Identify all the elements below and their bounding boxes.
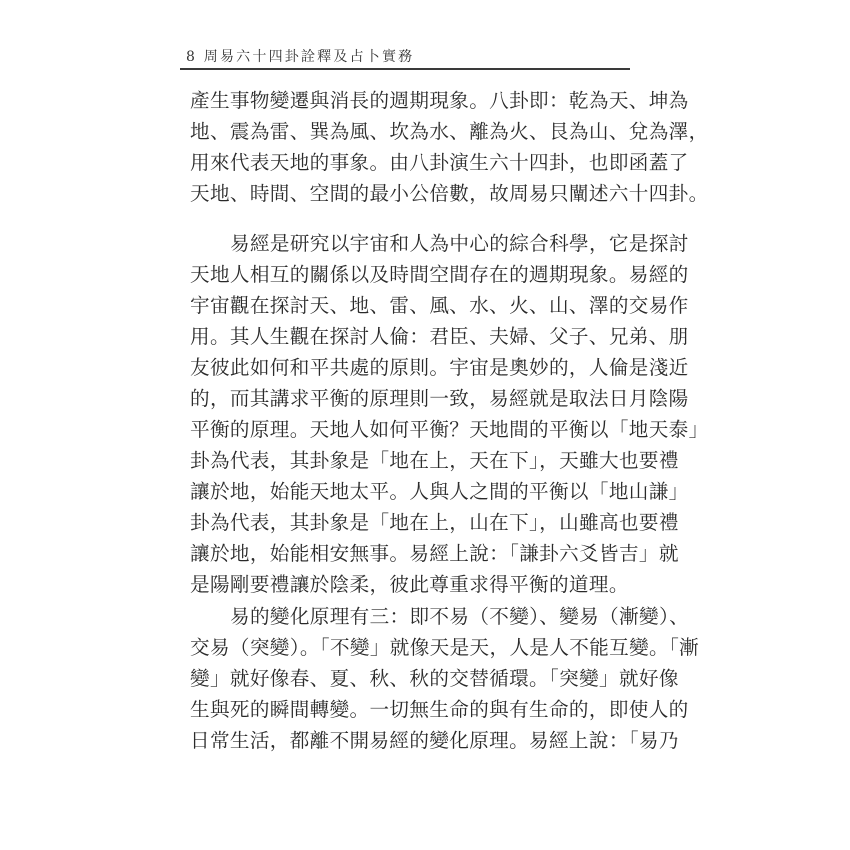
text-line: 的，而其講求平衡的原理則一致，易經就是取法日月陰陽 — [190, 383, 630, 414]
text-line: 變」就好像春、夏、秋、秋的交替循環。「突變」就好像 — [190, 663, 630, 694]
text-line: 地、震為雷、巽為風、坎為水、離為火、艮為山、兌為澤， — [190, 116, 630, 147]
text-line: 卦為代表，其卦象是「地在上，天在下」，天雖大也要禮 — [190, 445, 630, 476]
text-line: 日常生活，都離不開易經的變化原理。易經上說：「易乃 — [190, 725, 630, 756]
text-line: 讓於地，始能天地太平。人與人之間的平衡以「地山謙」 — [190, 476, 630, 507]
text-line: 讓於地，始能相安無事。易經上說：「謙卦六爻皆吉」就 — [190, 538, 630, 569]
text-line: 天地人相互的關係以及時間空間存在的週期現象。易經的 — [190, 259, 630, 290]
text-line: 易的變化原理有三：即不易（不變）、變易（漸變）、 — [190, 601, 630, 632]
paragraph-2: 易經是研究以宇宙和人為中心的綜合科學，它是探討 天地人相互的關係以及時間空間存在… — [190, 228, 630, 600]
text-line: 天地、時間、空間的最小公倍數，故周易只闡述六十四卦。 — [190, 178, 630, 209]
text-line: 卦為代表，其卦象是「地在上，山在下」，山雖高也要禮 — [190, 507, 630, 538]
text-line: 產生事物變遷與消長的週期現象。八卦即：乾為天、坤為 — [190, 85, 630, 116]
text-line: 是陽剛要禮讓於陰柔，彼此尊重求得平衡的道理。 — [190, 569, 630, 600]
text-line: 交易（突變）。「不變」就像天是天，人是人不能互變。「漸 — [190, 632, 630, 663]
text-line: 友彼此如何和平共處的原則。宇宙是奧妙的，人倫是淺近 — [190, 352, 630, 383]
page-number: 8 — [186, 49, 197, 65]
text-line: 宇宙觀在探討天、地、雷、風、水、火、山、澤的交易作 — [190, 290, 630, 321]
book-page: 8 周易六十四卦詮釋及占卜實務 產生事物變遷與消長的週期現象。八卦即：乾為天、坤… — [0, 0, 850, 850]
text-line: 用。其人生觀在探討人倫：君臣、夫婦、父子、兄弟、朋 — [190, 321, 630, 352]
text-line: 生與死的瞬間轉變。一切無生命的與有生命的，即使人的 — [190, 694, 630, 725]
text-line: 用來代表天地的事象。由八卦演生六十四卦，也即函蓋了 — [190, 147, 630, 178]
text-line: 易經是研究以宇宙和人為中心的綜合科學，它是探討 — [190, 228, 630, 259]
running-title: 周易六十四卦詮釋及占卜實務 — [204, 49, 415, 65]
paragraph-3: 易的變化原理有三：即不易（不變）、變易（漸變）、 交易（突變）。「不變」就像天是… — [190, 601, 630, 756]
running-header: 8 周易六十四卦詮釋及占卜實務 — [186, 46, 414, 66]
text-line: 平衡的原理。天地人如何平衡？天地間的平衡以「地天泰」 — [190, 414, 630, 445]
header-rule — [180, 68, 630, 70]
paragraph-1: 產生事物變遷與消長的週期現象。八卦即：乾為天、坤為 地、震為雷、巽為風、坎為水、… — [190, 85, 630, 209]
